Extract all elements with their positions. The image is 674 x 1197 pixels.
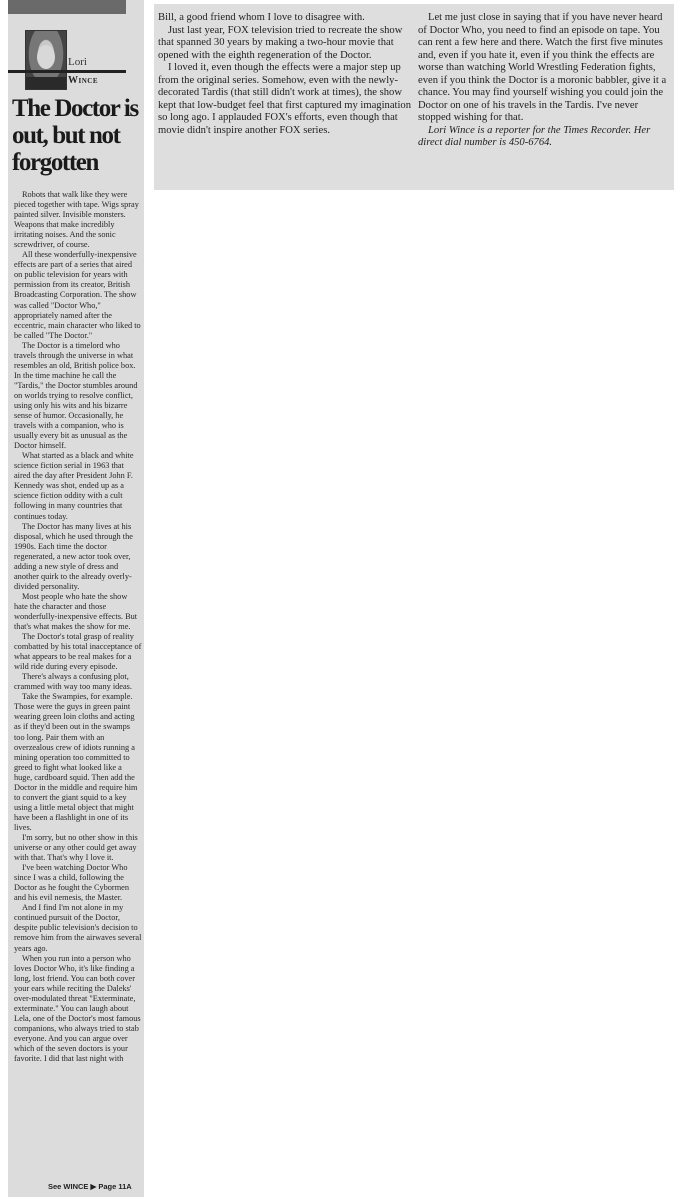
paragraph: There's always a confusing plot, crammed…: [14, 672, 142, 692]
portrait-shirt: [26, 77, 66, 89]
portrait-face: [37, 45, 55, 69]
paragraph: The Doctor has many lives at his disposa…: [14, 522, 142, 592]
paragraph: I've been watching Doctor Who since I wa…: [14, 863, 142, 903]
paragraph: I'm sorry, but no other show in this uni…: [14, 833, 142, 863]
paragraph: I loved it, even though the effects were…: [158, 62, 413, 137]
section-header-bar: [8, 0, 126, 14]
byline-rule: [8, 70, 126, 73]
paragraph: When you run into a person who loves Doc…: [14, 954, 142, 1065]
continuation-column-1: Bill, a good friend whom I love to disag…: [158, 12, 413, 137]
paragraph: What started as a black and white scienc…: [14, 451, 142, 521]
jump-line: See WINCE ▶ Page 11A: [48, 1182, 132, 1191]
paragraph: The Doctor's total grasp of reality comb…: [14, 632, 142, 672]
paragraph: Bill, a good friend whom I love to disag…: [158, 12, 413, 25]
paragraph: All these wonderfully-inexpensive effect…: [14, 250, 142, 340]
paragraph: And I find I'm not alone in my continued…: [14, 903, 142, 953]
byline-first-name: Lori: [68, 56, 87, 68]
article-clipping-left: Lori Wince The Doctor is out, but not fo…: [8, 0, 144, 1197]
paragraph: Take the Swampies, for example. Those we…: [14, 692, 142, 833]
paragraph: The Doctor is a timelord who travels thr…: [14, 341, 142, 452]
byline-last-name: Wince: [68, 75, 98, 86]
paragraph: Most people who hate the show hate the c…: [14, 592, 142, 632]
paragraph: Let me just close in saying that if you …: [418, 12, 673, 125]
author-tagline: Lori Wince is a reporter for the Times R…: [418, 125, 673, 150]
continuation-column-2: Let me just close in saying that if you …: [418, 12, 673, 150]
headline: The Doctor is out, but not forgotten: [12, 95, 144, 176]
article-clipping-continuation: Bill, a good friend whom I love to disag…: [154, 4, 674, 190]
article-body-left: Robots that walk like they were pieced t…: [14, 190, 142, 1064]
paragraph: Just last year, FOX television tried to …: [158, 25, 413, 63]
paragraph: Robots that walk like they were pieced t…: [14, 190, 142, 250]
author-portrait: [25, 30, 67, 90]
